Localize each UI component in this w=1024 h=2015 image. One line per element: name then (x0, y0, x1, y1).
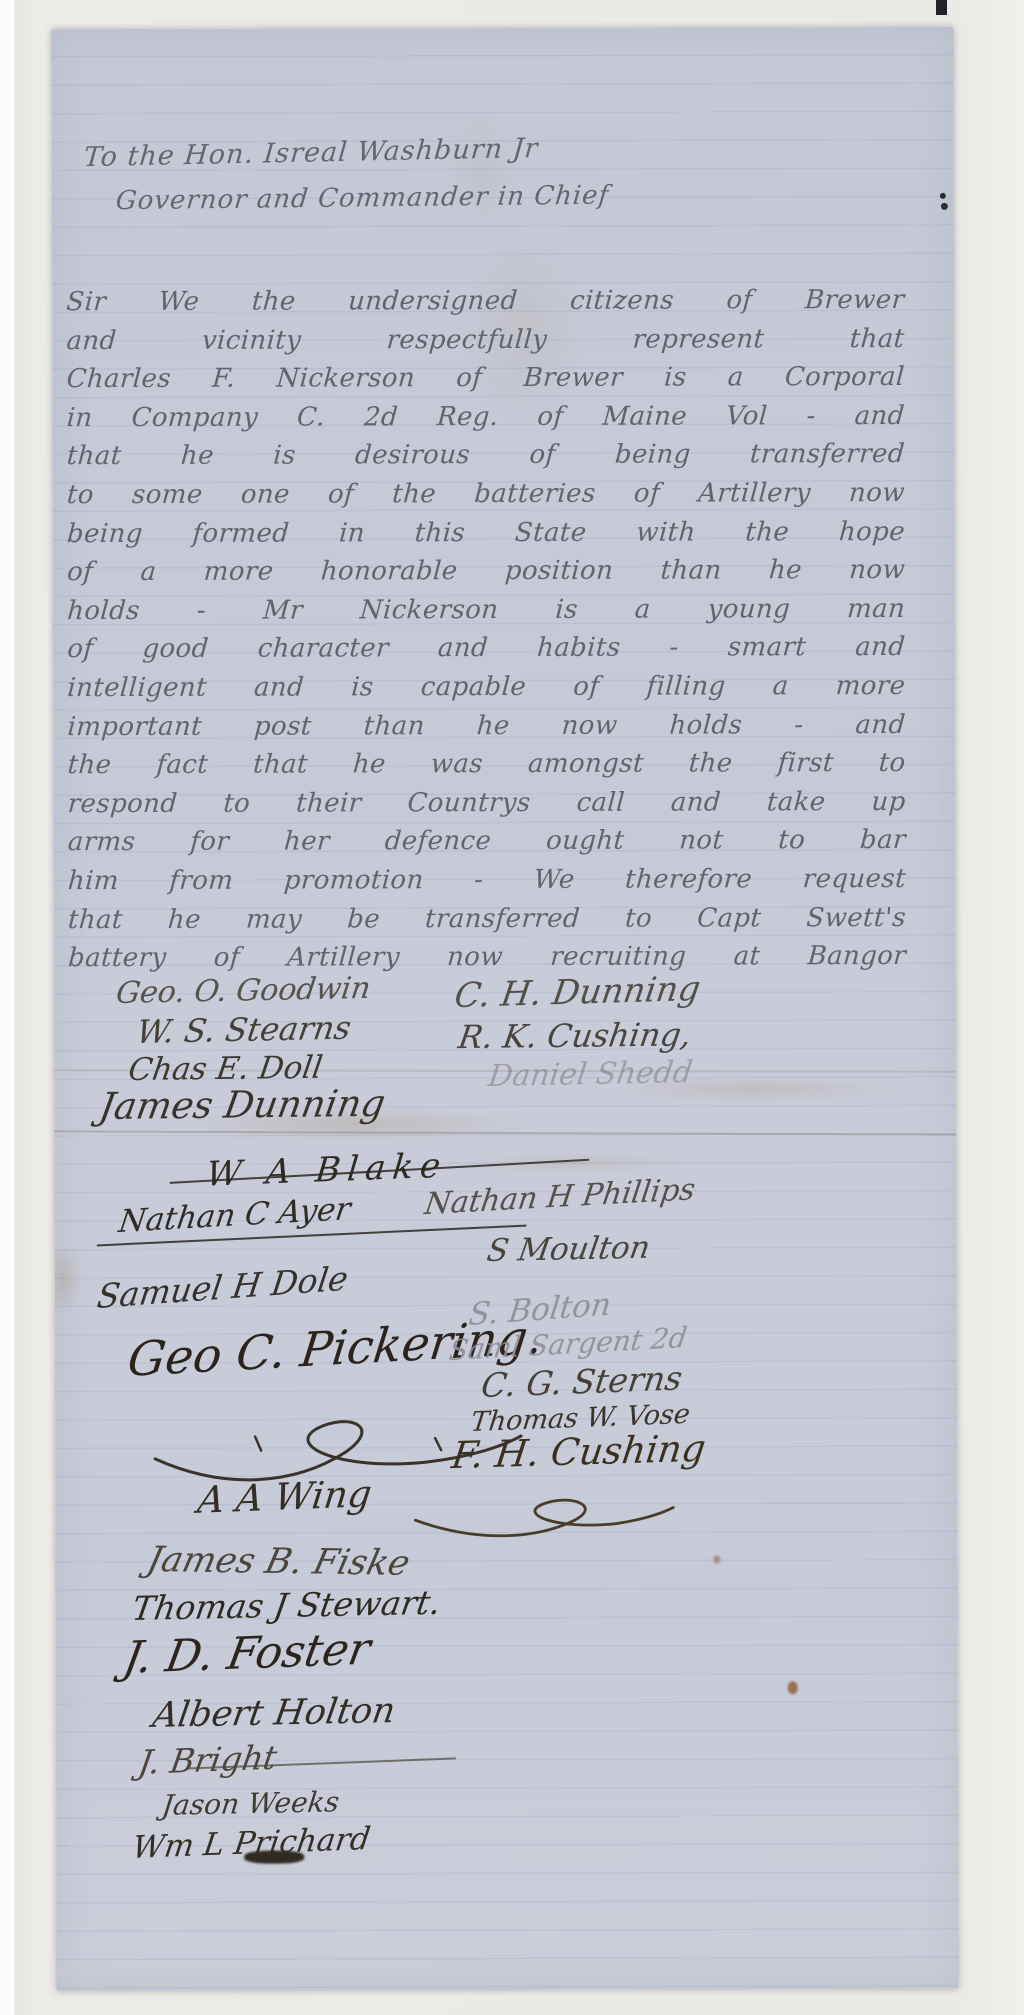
body-line: Charles F. Nickerson of Brewer is a Corp… (65, 362, 906, 403)
signature-samuel-h-dole: Samuel H Dole (95, 1260, 350, 1315)
body-line: important post than he now holds - and (66, 709, 907, 750)
body-line: Sir We the undersigned citizens of Brewe… (65, 285, 906, 326)
body-line: that he may be transferred to Capt Swett… (66, 902, 907, 943)
body-line: that he is desirous of being transferred (65, 439, 906, 480)
signature-james-dunning: James Dunning (96, 1084, 388, 1128)
ink-dot (941, 203, 948, 210)
signature-c-g-sterns: C. G. Sterns (479, 1360, 684, 1404)
signature-daniel-shedd: Daniel Shedd (486, 1056, 694, 1093)
signature-j-bright: J. Bright (136, 1740, 279, 1782)
body-line: to some one of the batteries of Artiller… (65, 478, 906, 519)
body-line: being formed in this State with the hope (65, 517, 906, 558)
body-line: and vicinity respectfully represent that (65, 324, 906, 365)
heading-title: Governor and Commander in Chief (115, 182, 611, 216)
signature-s-moulton: S Moulton (485, 1231, 653, 1268)
document-scan: To the Hon. Isreal Washburn Jr Governor … (0, 0, 1024, 2015)
body-line: intelligent and is capable of filling a … (66, 671, 907, 712)
fold-crease (54, 1130, 956, 1135)
body-line: arms for her defence ought not to bar (66, 825, 907, 866)
signature-c-h-dunning: C. H. Dunning (452, 971, 703, 1016)
signature-a-a-wing: A A Wing (195, 1474, 373, 1521)
signature-j-d-foster: J. D. Foster (120, 1625, 374, 1683)
body-line: of good character and habits - smart and (66, 632, 907, 673)
body-line: respond to their Countrys call and take … (66, 787, 907, 828)
signature-w-a-blake: W A Blake (204, 1148, 449, 1195)
scan-edge-mark (936, 0, 947, 15)
body-line: in Company C. 2d Reg. of Maine Vol - and (65, 401, 906, 442)
signature-thomas-j-stewart: Thomas J Stewart. (130, 1585, 444, 1628)
letter-paper: To the Hon. Isreal Washburn Jr Governor … (51, 27, 958, 1991)
signature-nathan-h-phillips: Nathan H Phillips (423, 1173, 698, 1221)
signature-f-h-cushing: F. H. Cushing (449, 1429, 708, 1477)
letter-body: Sir We the undersigned citizens of Brewe… (66, 285, 906, 982)
pen-flourish (385, 1486, 685, 1547)
body-line: holds - Mr Nickerson is a young man (66, 594, 907, 635)
stain (713, 1555, 720, 1563)
signature-james-b-fiske: James B. Fiske (143, 1541, 413, 1583)
ink-dot (940, 193, 946, 199)
heading-addressee: To the Hon. Isreal Washburn Jr (83, 134, 540, 173)
body-line: him from promotion - We therefore reques… (66, 864, 907, 905)
signature-r-k-cushing: R. K. Cushing, (456, 1017, 693, 1055)
stain (788, 1681, 798, 1694)
signature-albert-holton: Albert Holton (150, 1692, 398, 1735)
signature-jason-weeks: Jason Weeks (160, 1787, 341, 1821)
body-line: of a more honorable position than he now (66, 555, 907, 596)
signature-geo-o-goodwin: Geo. O. Goodwin (114, 972, 373, 1010)
signature-w-s-stearns: W. S. Stearns (134, 1011, 353, 1051)
body-line: the fact that he was amongst the first t… (66, 748, 907, 789)
signature-nathan-c-ayer: Nathan C Ayer (117, 1192, 353, 1239)
ink-blot (244, 1851, 304, 1864)
